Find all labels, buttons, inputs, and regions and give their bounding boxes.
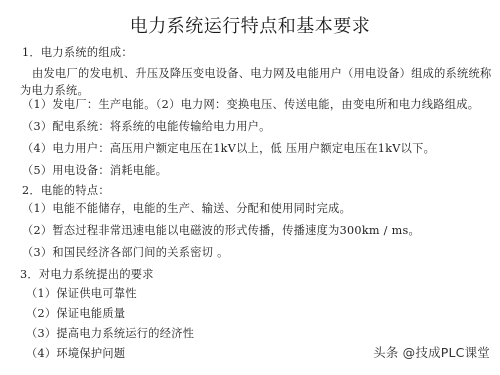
list-item: （1）电能不能储存，电能的生产、输送、分配和使用同时完成。 <box>22 200 351 216</box>
paragraph-line: 由发电厂的发电机、升压及降压变电设备、电力网及电能用户（用电设备）组成的系统统称 <box>32 65 492 81</box>
document-page: 电力系统运行特点和基本要求 1．电力系统的组成： 由发电厂的发电机、升压及降压变… <box>0 0 500 375</box>
list-item: （1）保证供电可靠性 <box>26 285 137 301</box>
list-item: （5）用电设备：消耗电能。 <box>22 162 167 178</box>
document-title: 电力系统运行特点和基本要求 <box>0 12 500 38</box>
watermark: 头条 @技成PLC课堂 <box>373 343 490 361</box>
list-item: （3）提高电力系统运行的经济性 <box>26 325 194 341</box>
list-item: （2）暂态过程非常迅速电能以电磁波的形式传播，传播速度为300km / ms。 <box>22 222 420 238</box>
list-item: （2）保证电能质量 <box>26 305 125 321</box>
list-item: （3）和国民经济各部门间的关系密切 。 <box>22 244 229 260</box>
list-item: （4）环境保护问题 <box>26 345 125 361</box>
list-item: （4）电力用户：高压用户额定电压在1kV以上，低 压用户额定电压在1kV以下。 <box>22 140 435 156</box>
section-heading-requirements: 3．对电力系统提出的要求 <box>20 266 154 282</box>
section-heading-composition: 1．电力系统的组成： <box>22 44 133 60</box>
section-heading-characteristics: 2．电能的特点： <box>22 182 110 198</box>
list-item: （1）发电厂：生产电能。（2）电力网：变换电压、传送电能，由变电所和电力线路组成… <box>22 96 479 112</box>
list-item: （3）配电系统：将系统的电能传输给电力用户。 <box>22 118 271 134</box>
